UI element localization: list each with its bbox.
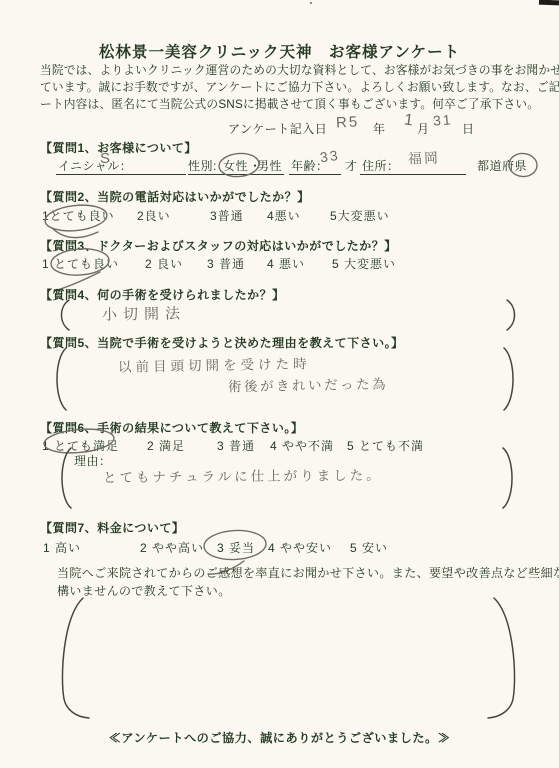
q3-option-3: 3 普通 xyxy=(207,255,245,272)
q6-option-5: 5 とても不満 xyxy=(347,437,424,454)
intro-line-1: 当院では、よりよいクリニック運営のための大切な資料として、お客様がお気づきの事を… xyxy=(40,62,559,79)
q5-answer-bracket-left xyxy=(51,347,69,411)
q5-heading: 【質問5、当院で手術を受けようと決めた理由を教えて下さい。】 xyxy=(40,334,404,351)
q7-option-5: 5 安い xyxy=(350,539,388,556)
intro-paragraph: 当院では、よりよいクリニック運営のための大切な資料として、お客様がお気づきの事を… xyxy=(40,62,559,114)
feedback-bracket-right xyxy=(486,597,522,721)
date-day-value: 31 xyxy=(432,111,453,128)
date-era-value: R5 xyxy=(336,113,360,131)
q1-initial-underline xyxy=(56,174,186,175)
date-month-value: 1 xyxy=(403,111,416,130)
q6-option-3: 3 普通 xyxy=(217,437,255,454)
q4-answer-bracket-right xyxy=(504,299,520,331)
thank-you-note: ≪アンケートへのご協力、誠にありがとうございました。≫ xyxy=(0,729,559,746)
q7-heading: 【質問7、料金について】 xyxy=(40,519,184,536)
intro-line-3: ート内容は、匿名にて当院公式のSNSに掲載させて頂く事もございます。何卒ご了承下… xyxy=(40,96,559,113)
q5-answer-bracket-right xyxy=(501,347,519,411)
q5-answer-line-2: 術後がきれいだった為 xyxy=(228,373,388,396)
q2-option-2: 2良い xyxy=(137,207,171,224)
q1-initial-label: イニシャル： xyxy=(58,157,132,174)
scan-artifact-top-right xyxy=(539,0,559,5)
q1-age-underline xyxy=(289,174,341,175)
q2-option-4: 4悪い xyxy=(267,207,301,224)
q1-heading: 【質問1、お客様について】 xyxy=(40,139,197,156)
q1-gender-selection-circle xyxy=(216,151,264,181)
feedback-prompt-line-1: 当院へご来院されてからのご感想を率直にお聞かせ下さい。また、要望や改善点など些細… xyxy=(57,565,559,583)
q6-reason-value: とてもナチュラルに仕上がりました。 xyxy=(103,464,383,486)
q1-address-label: 住所： xyxy=(362,157,400,174)
q7-option-1: 1 高い xyxy=(43,539,81,556)
feedback-prompt: 当院へご来院されてからのご感想を率直にお聞かせ下さい。また、要望や改善点など些細… xyxy=(57,565,559,600)
q1-age-value: 33 xyxy=(319,147,341,166)
q6-reason-bracket-left xyxy=(56,447,74,509)
q5-answer-line-1: 以前目頭切開を受けた時 xyxy=(118,352,311,375)
date-year-unit: 年 xyxy=(373,120,386,137)
q1-address-underline xyxy=(360,174,466,175)
date-label: アンケート記入日 xyxy=(228,120,327,137)
q1-prefecture-selection-circle xyxy=(507,152,541,180)
q4-answer-value: 小切開法 xyxy=(102,302,186,324)
q2-option-5: 5大変悪い xyxy=(330,207,390,224)
feedback-prompt-line-2: 構いませんので教えて下さい。 xyxy=(57,583,559,601)
date-day-unit: 日 xyxy=(462,120,475,137)
q1-gender-label: 性別: xyxy=(188,157,217,174)
scanned-survey-form: 松林景一美容クリニック天神 お客様アンケート 当院では、よりよいクリニック運営の… xyxy=(0,0,559,768)
q6-reason-bracket-right xyxy=(500,447,518,509)
q4-heading: 【質問4、何の手術を受けられましたか？】 xyxy=(40,286,285,303)
q1-address-value: 福岡 xyxy=(408,147,441,168)
form-title: 松林景一美容クリニック天神 お客様アンケート xyxy=(0,40,559,62)
scan-artifact-speck xyxy=(310,2,312,4)
q3-option-4: 4 悪い xyxy=(267,255,305,272)
q4-answer-bracket-left xyxy=(56,299,72,331)
q7-option-2: 2 やや高い xyxy=(140,539,204,556)
feedback-bracket-left xyxy=(55,597,91,721)
q6-option-4: 4 やや不満 xyxy=(270,437,334,454)
q3-option-5: 5 大変悪い xyxy=(332,255,396,272)
q3-option-2: 2 良い xyxy=(145,255,183,272)
q1-initial-value: S xyxy=(100,150,112,167)
q2-option-3: 3普通 xyxy=(210,207,244,224)
intro-line-2: ています。誠にお手数ですが、アンケートにご協力下さい。よろしくお願い致します。な… xyxy=(40,79,559,96)
q1-age-unit: 才 xyxy=(345,157,358,174)
q6-option-2: 2 満足 xyxy=(147,437,185,454)
date-month-unit: 月 xyxy=(417,120,430,137)
